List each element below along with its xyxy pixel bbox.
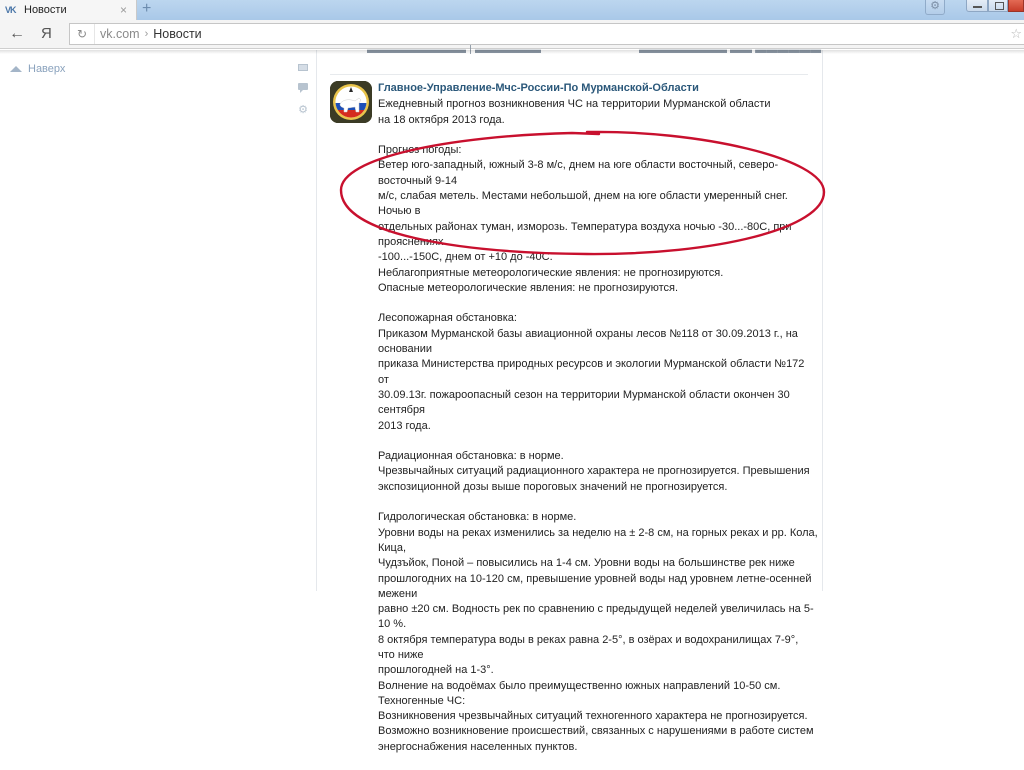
mail-icon[interactable] <box>298 64 308 71</box>
emercom-emblem-icon <box>330 81 372 123</box>
post-section: Гидрологическая обстановка: в норме.Уров… <box>378 510 818 591</box>
post-section-line: Чрезвычайных ситуаций радиационного хара… <box>378 464 818 479</box>
post-section-line: 2013 года. <box>378 419 818 434</box>
post-section-line: Неблагоприятные метеорологические явлени… <box>378 266 818 281</box>
new-tab-button[interactable]: + <box>142 0 151 18</box>
maximize-button[interactable] <box>988 0 1008 12</box>
post-section-line: Радиационная обстановка: в норме. <box>378 449 818 464</box>
post-section: Радиационная обстановка: в норме.Чрезвыч… <box>378 449 818 495</box>
reload-icon[interactable]: ↻ <box>70 24 95 44</box>
post-section-line: Гидрологическая обстановка: в норме. <box>378 510 818 525</box>
post-intro: Ежедневный прогноз возникновения ЧС на т… <box>378 97 818 128</box>
bookmark-star-icon[interactable]: ☆ <box>1010 26 1022 42</box>
tab-title: Новости <box>24 4 67 16</box>
url-domain: vk.com <box>100 27 140 41</box>
comment-icon[interactable] <box>298 83 308 90</box>
post-section-line: прошлогодних на 10-120 см, превышение ур… <box>378 572 818 592</box>
post-section-line: -100...-150С, днем от +10 до -40С. <box>378 250 818 265</box>
scroll-to-top-link[interactable]: Наверх <box>10 63 65 75</box>
post-section-line: Уровни воды на реках изменились за недел… <box>378 526 818 557</box>
gear-icon[interactable]: ⚙ <box>297 104 309 116</box>
post-divider <box>330 74 808 75</box>
up-arrow-icon <box>10 66 22 72</box>
post-section-line: экспозиционной дозы выше пороговых значе… <box>378 480 818 495</box>
scroll-to-top-label: Наверх <box>28 63 65 75</box>
post-section-line: м/с, слабая метель. Местами небольшой, д… <box>378 189 818 220</box>
browser-titlebar: VK Новости × + ⚙ <box>0 0 1024 20</box>
address-bar[interactable]: ↻ vk.com › Новости ☆ <box>69 23 1024 45</box>
scroll-shadow <box>0 50 1024 54</box>
post-section-line: Лесопожарная обстановка: <box>378 311 818 326</box>
post-section-line: Опасные метеорологические явления: не пр… <box>378 281 818 296</box>
news-feed: ▬▬▬▬▬▬▬▬▬ | ▬▬▬▬▬▬ ▬▬▬▬▬▬▬▬ ▬▬ ▬▬▬▬▬▬ ▬▬ <box>316 50 823 591</box>
post-body: Главное-Управление-Мчс-России-По Мурманс… <box>378 81 818 591</box>
post-side-actions: ⚙ <box>297 62 311 125</box>
post-section: Лесопожарная обстановка:Приказом Мурманс… <box>378 311 818 433</box>
tab-news[interactable]: VK Новости × <box>0 0 137 20</box>
url-page: Новости <box>153 27 201 41</box>
url-separator: › <box>145 28 149 40</box>
post-section-line: Чудзъйок, Поной – повысились на 1-4 см. … <box>378 556 818 571</box>
avatar[interactable] <box>330 81 372 123</box>
vk-logo-icon: VK <box>5 5 21 15</box>
post-section-line: 30.09.13г. пожароопасный сезон на террит… <box>378 388 818 419</box>
post-sections: Прогноз погоды:Ветер юго-западный, южный… <box>378 143 818 591</box>
yandex-button[interactable]: Я <box>41 25 52 42</box>
settings-gear-icon[interactable]: ⚙ <box>925 0 945 15</box>
close-tab-icon[interactable]: × <box>120 3 127 17</box>
post-section-line: приказа Министерства природных ресурсов … <box>378 357 818 388</box>
post-intro-line: Ежедневный прогноз возникновения ЧС на т… <box>378 97 818 112</box>
post-section-line: Приказом Мурманской базы авиационной охр… <box>378 327 818 358</box>
minimize-button[interactable] <box>966 0 988 12</box>
post-section-line: Ветер юго-западный, южный 3-8 м/с, днем … <box>378 158 818 189</box>
post-section: Прогноз погоды:Ветер юго-западный, южный… <box>378 143 818 296</box>
close-window-button[interactable] <box>1008 0 1024 12</box>
back-arrow-icon[interactable]: ← <box>9 25 25 43</box>
post-section-line: отдельных районах туман, изморозь. Темпе… <box>378 220 818 251</box>
page-content: Наверх ⚙ ▬▬▬▬▬▬▬▬▬ | ▬▬▬▬▬▬ ▬▬▬▬▬▬▬▬ ▬▬ … <box>0 50 1024 591</box>
post-author-link[interactable]: Главное-Управление-Мчс-России-По Мурманс… <box>378 81 818 96</box>
post-section-line: Прогноз погоды: <box>378 143 818 158</box>
post-intro-line: на 18 октября 2013 года. <box>378 113 818 128</box>
